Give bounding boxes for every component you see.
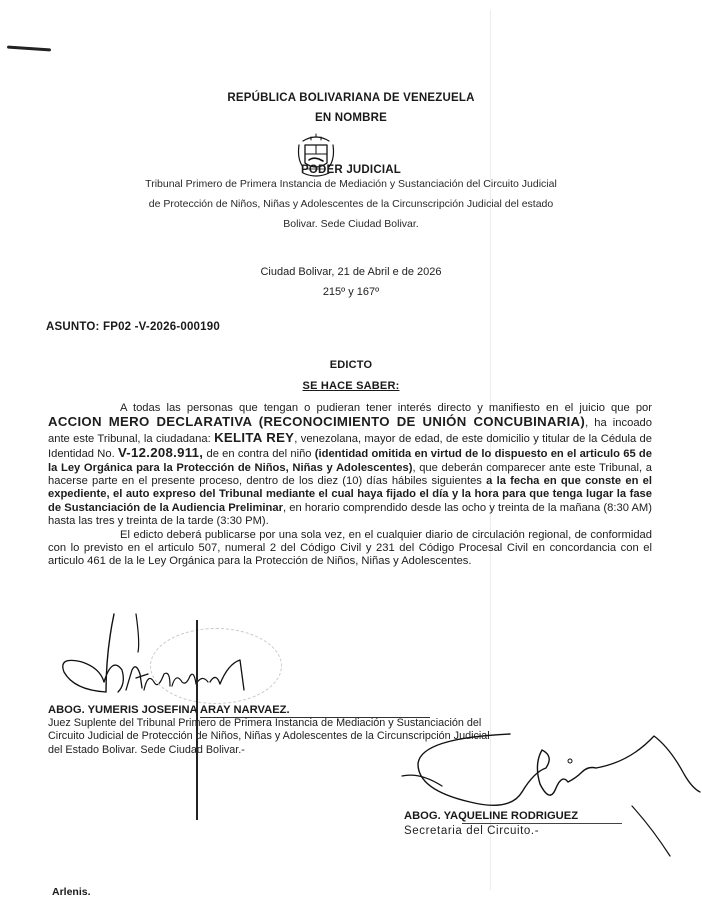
republic-heading: REPÚBLICA BOLIVARIANA DE VENEZUELA <box>0 92 702 104</box>
court-line: Tribunal Primero de Primera Instancia de… <box>0 174 702 194</box>
paragraph-main: A todas las personas que tengan o pudier… <box>48 402 652 529</box>
secretary-name-underline <box>462 823 622 824</box>
place-date: Ciudad Bolivar, 21 de Abril e de 2026 <box>0 266 702 278</box>
court-name: Tribunal Primero de Primera Instancia de… <box>0 174 702 234</box>
case-number: ASUNTO: FP02 -V-2026-000190 <box>46 321 220 333</box>
en-nombre-heading: EN NOMBRE <box>0 112 702 124</box>
secretary-signature <box>400 728 702 858</box>
pen-stroke <box>196 620 198 820</box>
paragraph-publication: El edicto deberá publicarse por una sola… <box>48 529 652 569</box>
edict-subtitle: SE HACE SABER: <box>0 380 702 392</box>
court-line: de Protección de Niños, Niñas y Adolesce… <box>0 194 702 214</box>
judge-name: ABOG. YUMERIS JOSEFINA ARAY NARVAEZ. <box>48 704 290 716</box>
typist-initials: Arlenis. <box>52 886 91 898</box>
secretary-title: Secretaria del Circuito.- <box>404 825 539 838</box>
edict-title: EDICTO <box>0 359 702 371</box>
secretary-name: ABOG. YAQUELINE RODRIGUEZ <box>404 810 578 822</box>
judge-seal <box>150 628 282 704</box>
edict-body: A todas las personas que tengan o pudier… <box>48 402 652 569</box>
id-number: V-12.208.911, <box>118 445 203 460</box>
plaintiff-name: KELITA REY <box>214 430 294 445</box>
years: 215º y 167º <box>0 286 702 298</box>
action-type: ACCION MERO DECLARATIVA (RECONOCIMIENTO … <box>48 414 585 429</box>
court-line: Bolivar. Sede Ciudad Bolivar. <box>0 214 702 234</box>
stray-pen-mark <box>7 45 51 51</box>
